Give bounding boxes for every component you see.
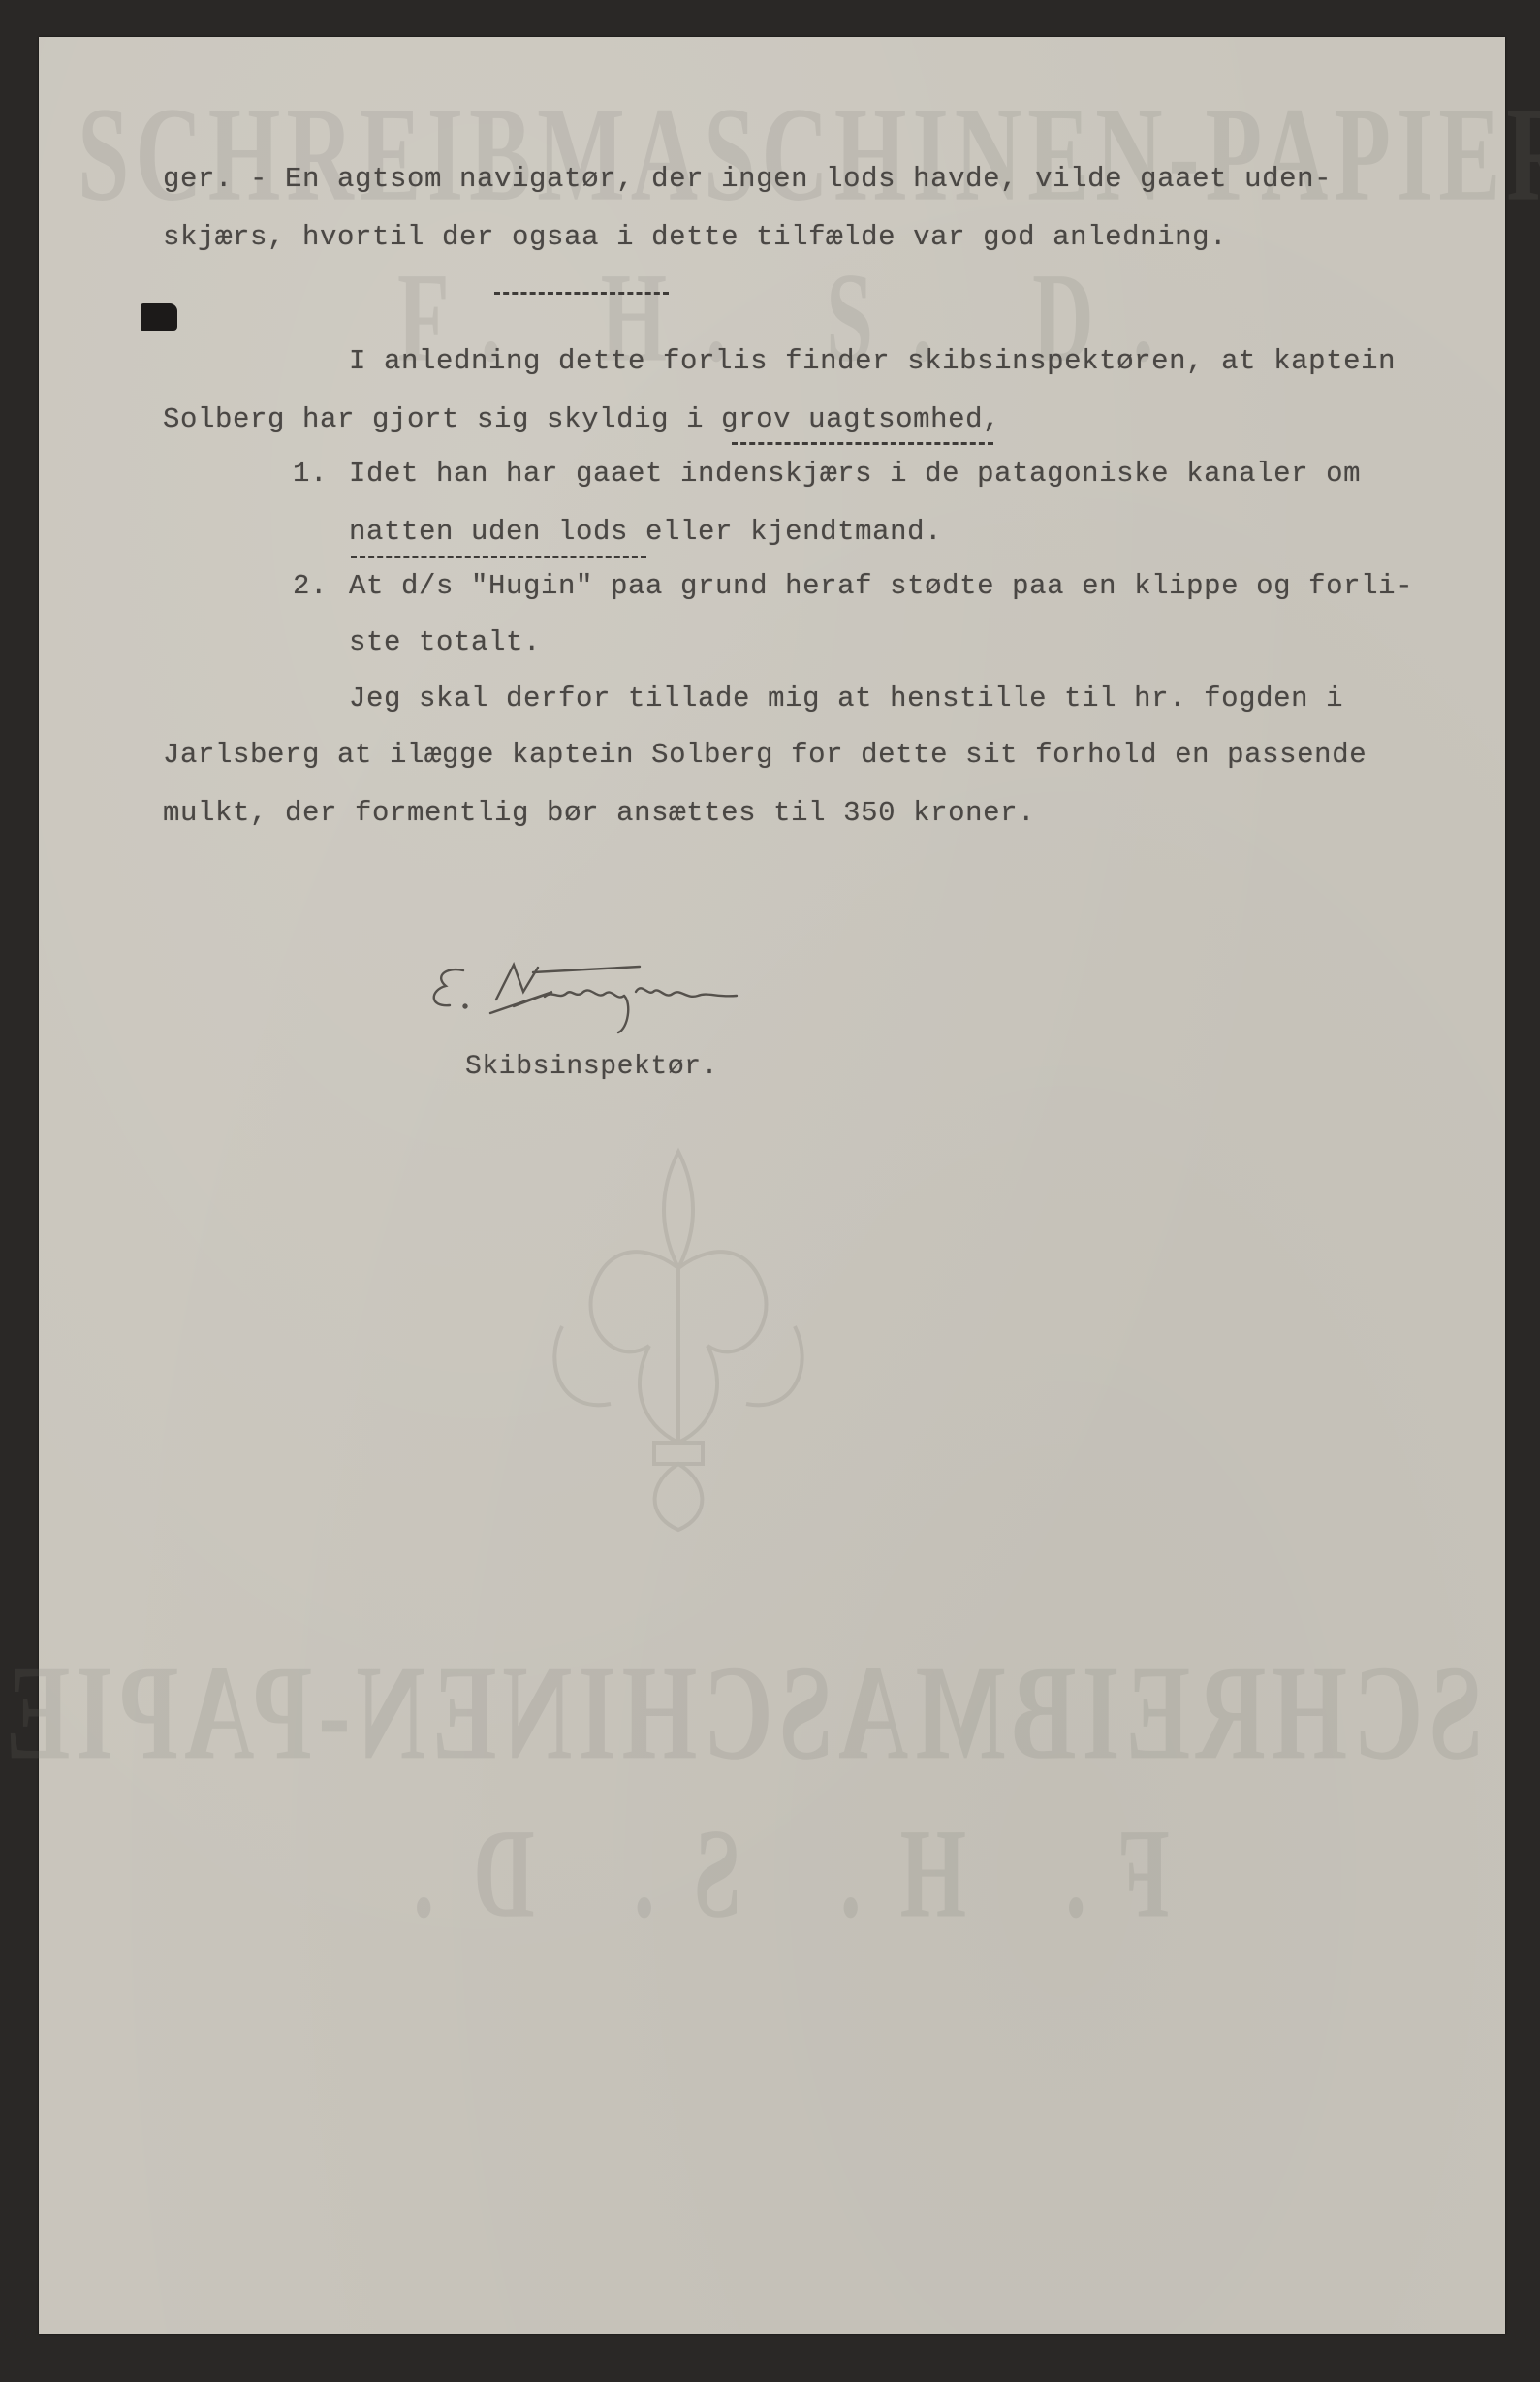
list-item-1-line2: natten uden lods eller kjendtmand. — [349, 516, 942, 548]
paragraph2-line2: Solberg har gjort sig skyldig i grov uag… — [163, 403, 1000, 435]
paragraph1-line2: skjærs, hvortil der ogsaa i dette tilfæl… — [163, 221, 1227, 253]
list-item-1-number: 1. — [293, 458, 328, 490]
handwritten-signature — [417, 953, 824, 1040]
section-divider — [494, 292, 669, 295]
list-item-2-line2: ste totalt. — [349, 626, 541, 658]
underline-natten-uden-lods — [351, 556, 646, 558]
paragraph2-line1: I anledning dette forlis finder skibsins… — [349, 345, 1396, 377]
paragraph1-line1: ger. - En agtsom navigatør, der ingen lo… — [163, 163, 1332, 195]
list-item-2-number: 2. — [293, 570, 328, 602]
watermark-top-line1: SCHREIBMASCHINEN-PAPIER — [78, 76, 1540, 232]
list-item-1-line1: Idet han har gaaet indenskjærs i de pata… — [349, 458, 1361, 490]
punch-hole-mark — [141, 303, 177, 331]
paragraph3-line1: Jeg skal derfor tillade mig at henstille… — [349, 683, 1343, 715]
watermark-bottom-line1-mirrored: SCHREIBMASCHINEN-PAPIER — [48, 1635, 1483, 1791]
underline-grov-uagtsomhed — [732, 442, 993, 445]
watermark-bottom-line2-mirrored: F. H. S. D. — [39, 1801, 1505, 1949]
paragraph3-line3: mulkt, der formentlig bør ansættes til 3… — [163, 797, 1035, 829]
document-page: SCHREIBMASCHINEN-PAPIER F. H. S. D. SCHR… — [39, 37, 1505, 2334]
list-item-2-line1: At d/s "Hugin" paa grund heraf stødte pa… — [349, 570, 1413, 602]
paragraph3-line2: Jarlsberg at ilægge kaptein Solberg for … — [163, 739, 1367, 771]
fleur-ornament-watermark-icon — [533, 1132, 824, 1540]
signature-title: Skibsinspektør. — [465, 1052, 718, 1082]
